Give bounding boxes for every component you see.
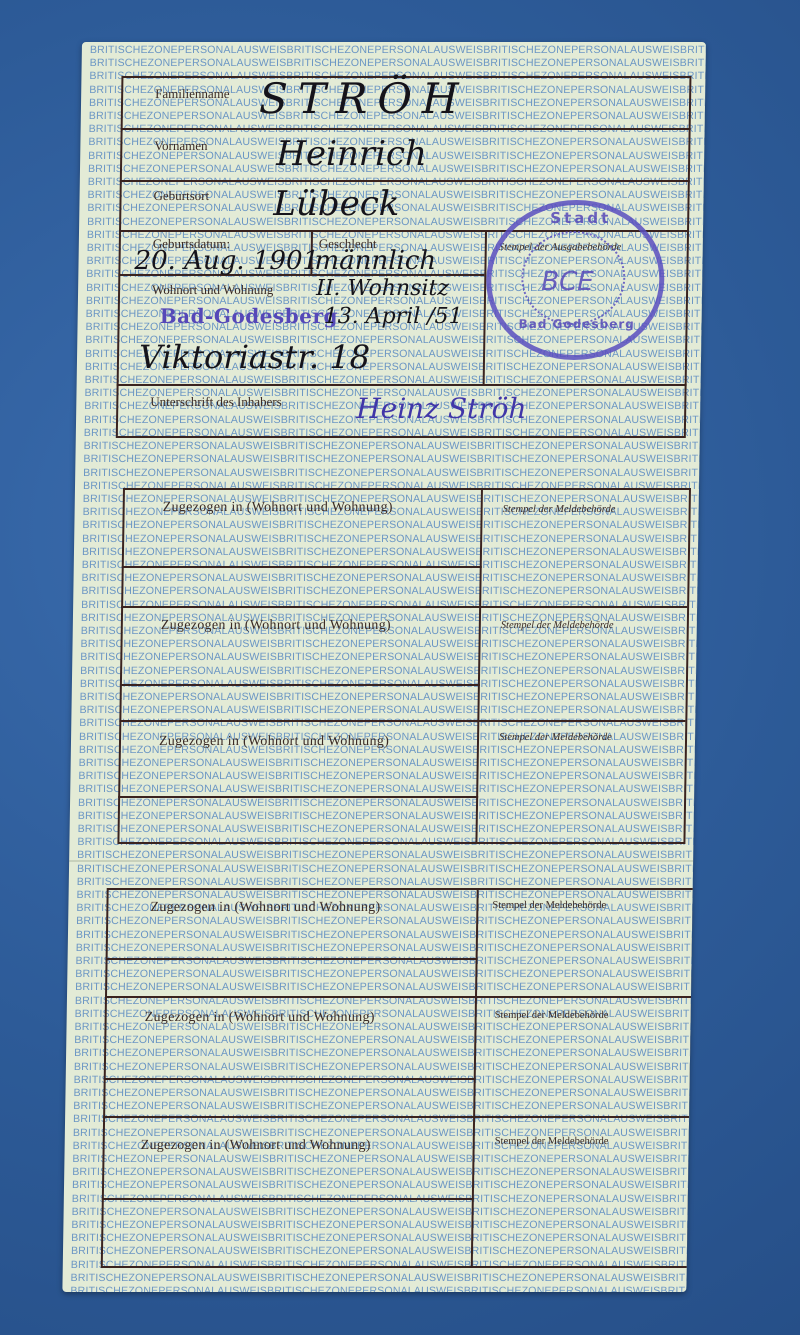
move-label: Zugezogen in (Wohnort und Wohnung) xyxy=(145,1010,375,1026)
move-stamp-label: Stempel der Meldebehörde xyxy=(501,620,614,631)
move-label: Zugezogen in (Wohnort und Wohnung) xyxy=(163,500,393,516)
divider xyxy=(104,1078,476,1080)
given-names-value: Heinrich xyxy=(276,134,427,174)
move-label: Zugezogen in (Wohnort und Wohnung) xyxy=(159,734,389,750)
divider xyxy=(120,684,480,686)
birthplace-value: Lübeck xyxy=(273,184,400,224)
stamp-top-text: Stadt xyxy=(550,209,611,227)
moves-upper-box xyxy=(117,488,691,844)
divider xyxy=(119,720,685,722)
move-stamp-label: Stempel der Meldebehörde xyxy=(495,1136,609,1147)
signature-label: Unterschrift des Inhabers xyxy=(150,394,282,410)
divider xyxy=(121,128,691,130)
stamp-bottom-text: Bad Godesberg xyxy=(518,317,634,331)
divider xyxy=(117,384,687,386)
move-label: Zugezogen in (Wohnort und Wohnung) xyxy=(161,618,391,634)
sex-value: männlich xyxy=(314,246,436,276)
divider xyxy=(121,606,687,608)
divider xyxy=(118,796,478,798)
residence-date: 13. April /51 xyxy=(323,304,462,329)
birthdate-value: 20. Aug. 1901 xyxy=(134,246,319,276)
move-stamp-label: Stempel der Meldebehörde xyxy=(495,1010,609,1021)
surname-label: Familienname xyxy=(155,86,230,102)
birthplace-label: Geburtsort xyxy=(153,188,209,204)
id-card-sheet: BRITISCHEZONEPERSONALAUSWEISBRITISCHEZON… xyxy=(62,42,706,1292)
divider xyxy=(103,1116,689,1118)
move-stamp-label: Stempel der Meldebehörde xyxy=(503,504,616,515)
street-value: Viktoriastr. 18 xyxy=(139,338,371,376)
stamp-center-text: BCE xyxy=(541,267,594,297)
residence-annotation: II. Wohnsitz xyxy=(316,276,449,301)
move-label: Zugezogen in (Wohnort und Wohnung) xyxy=(141,1138,371,1154)
divider xyxy=(122,566,482,568)
divider xyxy=(106,958,478,960)
divider xyxy=(120,180,690,182)
surname-value: STRÖH xyxy=(259,74,469,123)
given-names-label: Vornamen xyxy=(154,138,207,154)
divider xyxy=(105,996,691,998)
move-stamp-label: Stempel der Meldebehörde xyxy=(492,900,606,911)
move-label: Zugezogen in (Wohnort und Wohnung) xyxy=(150,900,380,916)
holder-signature: Heinz Ströh xyxy=(356,392,527,425)
city-stamp: Bad-Godesberg xyxy=(160,304,339,328)
residence-label: Wohnort und Wohnung xyxy=(152,282,273,298)
fold-line xyxy=(69,860,693,862)
move-stamp-label: Stempel der Meldebehörde xyxy=(499,732,612,743)
divider xyxy=(102,1198,474,1200)
